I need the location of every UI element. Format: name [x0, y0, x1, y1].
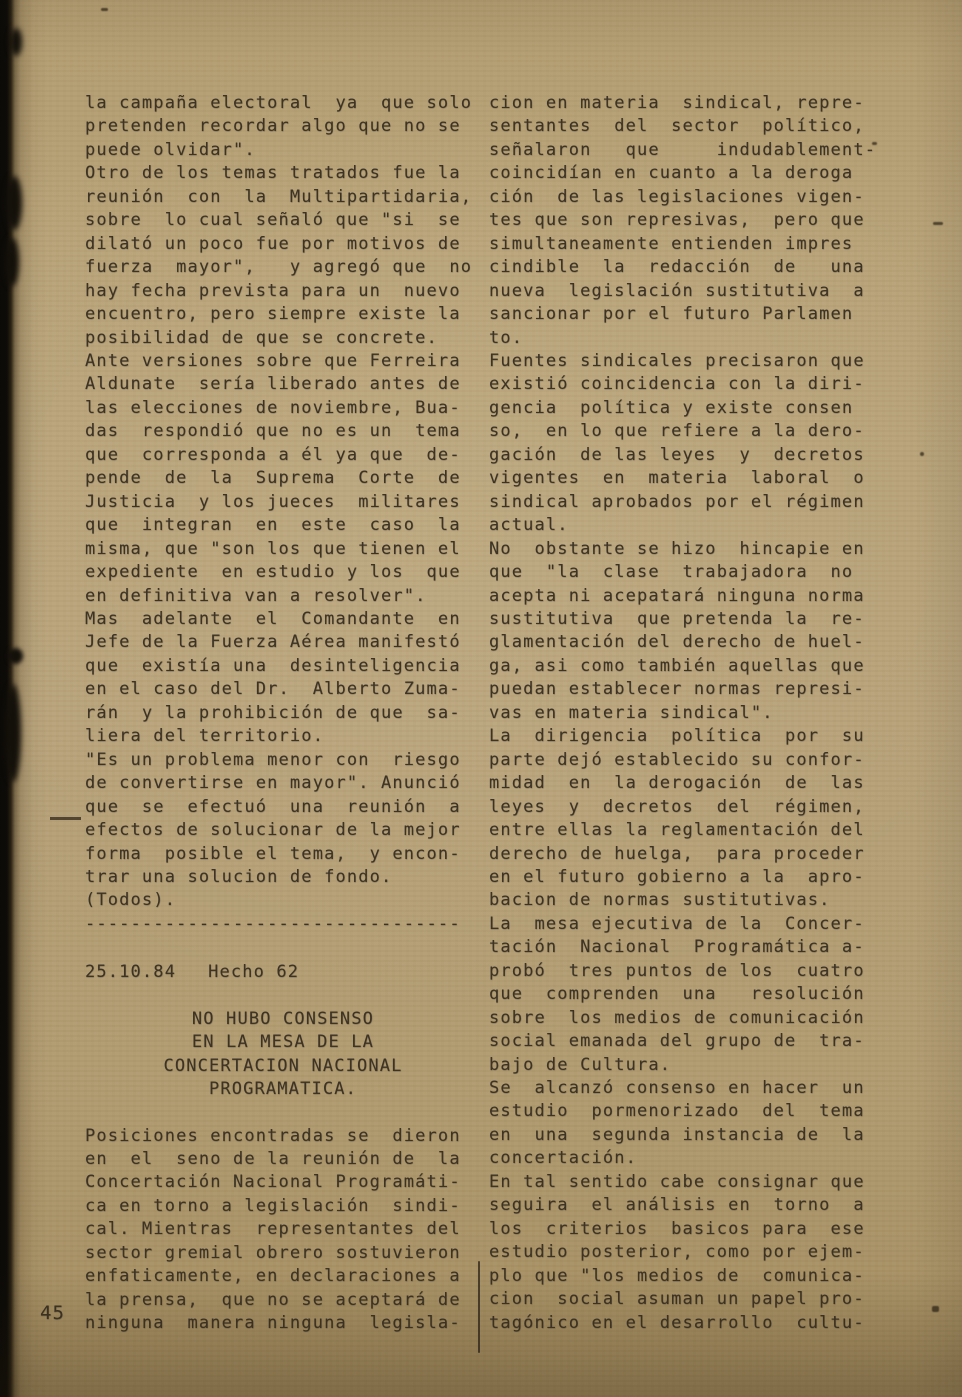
- text-line: cindible la redacción de una: [489, 256, 899, 279]
- text-line: estudio pormenorizado del tema: [489, 1100, 899, 1123]
- text-line: vas en materia sindical".: [489, 702, 899, 725]
- text-line: probó tres puntos de los cuatro: [489, 960, 899, 983]
- text-line: sector gremial obrero sostuvieron: [85, 1242, 481, 1265]
- text-line: ---------------------------------: [85, 913, 481, 936]
- text-line: sancionar por el futuro Parlamen: [489, 303, 899, 326]
- scanned-document-page: la campaña electoral ya que solopretende…: [0, 0, 962, 1397]
- text-line: "Es un problema menor con riesgo: [85, 749, 481, 772]
- text-line: los criterios basicos para ese: [489, 1218, 899, 1241]
- scan-speck: [101, 8, 108, 11]
- left-column: la campaña electoral ya que solopretende…: [85, 92, 481, 1336]
- edge-blotch: [8, 648, 23, 664]
- right-column-text: cion en materia sindical, repre-sentante…: [489, 92, 899, 1335]
- text-line: en definitiva van a resolver".: [85, 585, 481, 608]
- text-line: ción de las legislaciones vigen-: [489, 186, 899, 209]
- right-column: cion en materia sindical, repre-sentante…: [489, 92, 899, 1335]
- text-line: expediente en estudio y los que: [85, 561, 481, 584]
- edge-blotch: [5, 684, 21, 782]
- text-line: ca en torno a legislación sindi-: [85, 1195, 481, 1218]
- text-line: coincidían en cuanto a la deroga: [489, 162, 899, 185]
- text-line: la campaña electoral ya que solo: [85, 92, 481, 115]
- text-line: las elecciones de noviembre, Bua-: [85, 397, 481, 420]
- text-line: posibilidad de que se concrete.: [85, 327, 481, 350]
- text-line: sobre los medios de comunicación: [489, 1007, 899, 1030]
- heading-line: CONCERTACION NACIONAL: [85, 1055, 481, 1078]
- article-1-text: la campaña electoral ya que solopretende…: [85, 92, 481, 936]
- text-line: sobre lo cual señaló que "si se: [85, 209, 481, 232]
- text-line: trar una solucion de fondo.: [85, 866, 481, 889]
- text-line: tagónico en el desarrollo cultu-: [489, 1312, 899, 1335]
- text-line: gencia política y existe consen: [489, 397, 899, 420]
- text-line: fuerza mayor", y agregó que no: [85, 256, 481, 279]
- scan-speck: [920, 452, 924, 456]
- text-line: leyes y decretos del régimen,: [489, 796, 899, 819]
- text-line: so, en lo que refiere a la dero-: [489, 420, 899, 443]
- text-line: glamentación del derecho de huel-: [489, 631, 899, 654]
- text-line: liera del territorio.: [85, 725, 481, 748]
- margin-underline-mark: [50, 817, 81, 820]
- text-line: actual.: [489, 514, 899, 537]
- text-line: No obstante se hizo hincapie en: [489, 538, 899, 561]
- page-number: 45: [40, 1302, 65, 1325]
- text-line: misma, que "son los que tienen el: [85, 538, 481, 561]
- article-2-heading: NO HUBO CONSENSOEN LA MESA DE LACONCERTA…: [85, 1008, 481, 1102]
- text-line: puede olvidar".: [85, 139, 481, 162]
- text-line: entre ellas la reglamentación del: [489, 819, 899, 842]
- text-line: la prensa, que no se aceptará de: [85, 1289, 481, 1312]
- text-line: La dirigencia política por su: [489, 725, 899, 748]
- text-line: en el futuro gobierno a la apro-: [489, 866, 899, 889]
- text-line: Mas adelante el Comandante en: [85, 608, 481, 631]
- text-line: hay fecha prevista para un nuevo: [85, 280, 481, 303]
- text-line: Posiciones encontradas se dieron: [85, 1125, 481, 1148]
- text-line: en el caso del Dr. Alberto Zuma-: [85, 678, 481, 701]
- text-line: en una segunda instancia de la: [489, 1124, 899, 1147]
- text-line: En tal sentido cabe consignar que: [489, 1171, 899, 1194]
- entry-date: 25.10.84: [85, 961, 176, 984]
- text-line: ga, asi como también aquellas que: [489, 655, 899, 678]
- text-line: que se efectuó una reunión a: [85, 796, 481, 819]
- text-line: que integran en este caso la: [85, 514, 481, 537]
- text-line: concertación.: [489, 1147, 899, 1170]
- text-line: derecho de huelga, para proceder: [489, 843, 899, 866]
- article-2-text-left: Posiciones encontradas se dieronen el se…: [85, 1125, 481, 1336]
- text-line: encuentro, pero siempre existe la: [85, 303, 481, 326]
- text-line: Justicia y los jueces militares: [85, 491, 481, 514]
- edge-blotch: [6, 176, 22, 230]
- text-line: nueva legislación sustitutiva a: [489, 280, 899, 303]
- text-line: dilató un poco fue por motivos de: [85, 233, 481, 256]
- text-line: que "la clase trabajadora no: [489, 561, 899, 584]
- text-line: seguira el análisis en torno a: [489, 1194, 899, 1217]
- text-line: Jefe de la Fuerza Aérea manifestó: [85, 631, 481, 654]
- text-line: forma posible el tema, y encon-: [85, 843, 481, 866]
- text-line: señalaron que indudablement-: [489, 139, 899, 162]
- text-line: midad en la derogación de las: [489, 772, 899, 795]
- text-line: reunión con la Multipartidaria,: [85, 186, 481, 209]
- text-line: cion social asuman un papel pro-: [489, 1288, 899, 1311]
- scan-speck: [932, 1306, 939, 1312]
- text-line: La mesa ejecutiva de la Concer-: [489, 913, 899, 936]
- text-line: vigentes en materia laboral o: [489, 467, 899, 490]
- text-line: sentantes del sector político,: [489, 115, 899, 138]
- text-line: de convertirse en mayor". Anunció: [85, 772, 481, 795]
- text-line: sindical aprobados por el régimen: [489, 491, 899, 514]
- text-line: plo que "los medios de comunica-: [489, 1265, 899, 1288]
- text-line: Otro de los temas tratados fue la: [85, 162, 481, 185]
- text-line: tación Nacional Programática a-: [489, 936, 899, 959]
- text-line: (Todos).: [85, 889, 481, 912]
- text-line: rán y la prohibición de que sa-: [85, 702, 481, 725]
- text-line: en el seno de la reunión de la: [85, 1148, 481, 1171]
- text-line: gación de las leyes y decretos: [489, 444, 899, 467]
- entry-hecho-label: Hecho 62: [208, 961, 299, 984]
- text-line: que corresponda a él ya que de-: [85, 444, 481, 467]
- text-line: acepta ni acepatará ninguna norma: [489, 585, 899, 608]
- scan-speck: [933, 222, 943, 225]
- text-line: efectos de solucionar de la mejor: [85, 819, 481, 842]
- text-line: Se alcanzó consenso en hacer un: [489, 1077, 899, 1100]
- text-line: tes que son represivas, pero que: [489, 209, 899, 232]
- heading-line: NO HUBO CONSENSO: [85, 1008, 481, 1031]
- text-line: existió coincidencia con la diri-: [489, 373, 899, 396]
- text-line: Concertación Nacional Programáti-: [85, 1171, 481, 1194]
- heading-line: EN LA MESA DE LA: [85, 1031, 481, 1054]
- text-line: Fuentes sindicales precisaron que: [489, 350, 899, 373]
- entry-header: 25.10.84 Hecho 62: [85, 961, 481, 984]
- text-line: ninguna manera ninguna legisla-: [85, 1312, 481, 1335]
- text-line: bacion de normas sustitutivas.: [489, 889, 899, 912]
- text-line: cion en materia sindical, repre-: [489, 92, 899, 115]
- text-line: Aldunate sería liberado antes de: [85, 373, 481, 396]
- edge-blotch: [5, 238, 19, 286]
- text-line: to.: [489, 327, 899, 350]
- text-line: pretenden recordar algo que no se: [85, 115, 481, 138]
- text-line: Ante versiones sobre que Ferreira: [85, 350, 481, 373]
- text-line: das respondió que no es un tema: [85, 420, 481, 443]
- text-line: sustitutiva que pretenda la re-: [489, 608, 899, 631]
- text-line: puedan establecer normas represi-: [489, 678, 899, 701]
- text-line: que comprenden una resolución: [489, 983, 899, 1006]
- text-line: enfaticamente, en declaraciones a: [85, 1265, 481, 1288]
- text-line: social emanada del grupo de tra-: [489, 1030, 899, 1053]
- edge-blotch: [10, 28, 22, 56]
- text-line: cal. Mientras representantes del: [85, 1218, 481, 1241]
- text-line: que existía una desinteligencia: [85, 655, 481, 678]
- heading-line: PROGRAMATICA.: [85, 1078, 481, 1101]
- text-line: bajo de Cultura.: [489, 1054, 899, 1077]
- text-line: simultaneamente entienden impres: [489, 233, 899, 256]
- text-line: parte dejó establecido su confor-: [489, 749, 899, 772]
- text-line: pende de la Suprema Corte de: [85, 467, 481, 490]
- text-line: estudio posterior, como por ejem-: [489, 1241, 899, 1264]
